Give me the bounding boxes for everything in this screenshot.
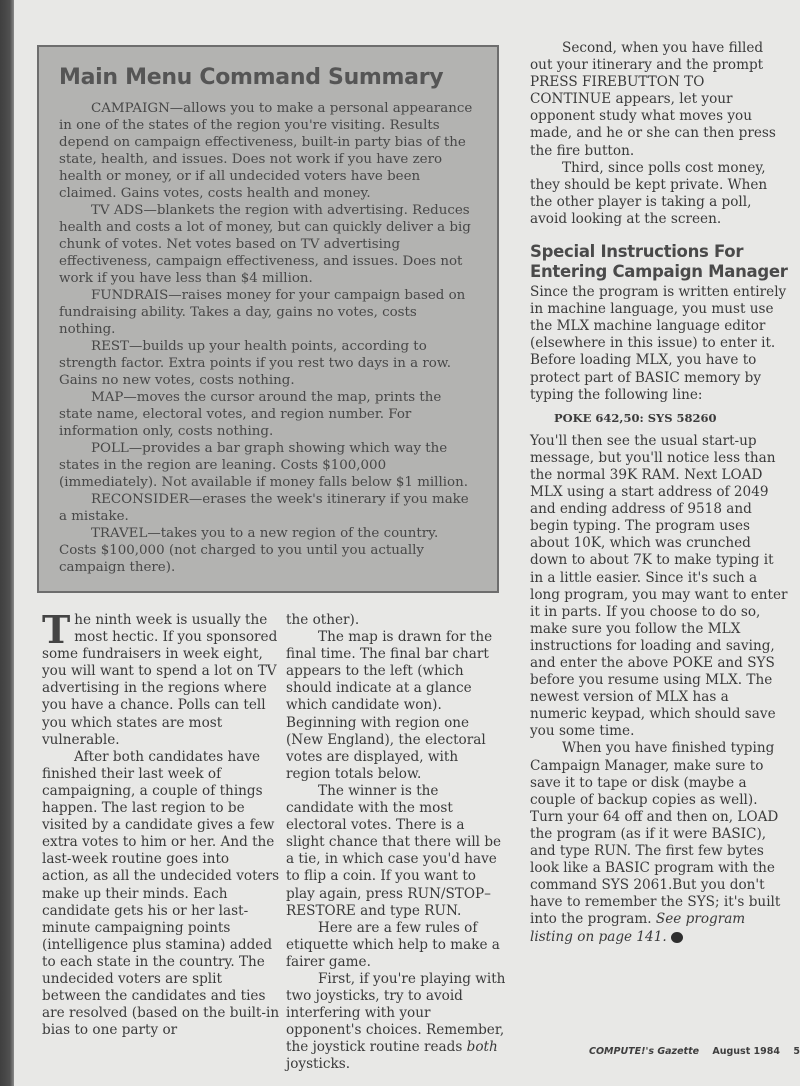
sidebar-title: Main Menu Command Summary (59, 65, 477, 90)
sidebar-entry-reconsider: RECONSIDER—erases the week's itinerary i… (59, 491, 477, 525)
article-paragraph: The ninth week is usually the most hecti… (42, 612, 280, 749)
article-paragraph: The map is drawn for the final time. The… (286, 629, 506, 783)
emphasis-text: both (467, 1039, 498, 1055)
article-paragraph-continuation: the other). (286, 612, 506, 629)
drop-cap: T (42, 615, 70, 645)
article-paragraph: Second, when you have filled out your it… (530, 40, 788, 160)
command-summary-sidebar: Main Menu Command Summary CAMPAIGN—allow… (37, 45, 499, 593)
article-paragraph: After both candidates have finished thei… (42, 749, 280, 1040)
sidebar-entry-fundrais: FUNDRAIS—raises money for your campaign … (59, 287, 477, 338)
sidebar-entry-rest: REST—builds up your health points, accor… (59, 338, 477, 389)
article-column-left: The ninth week is usually the most hecti… (42, 612, 280, 1039)
paragraph-text: joysticks. (286, 1056, 350, 1072)
paragraph-text: When you have finished typing Campaign M… (530, 740, 780, 927)
page-footer: COMPUTE!'s Gazette August 1984 55 (589, 1046, 800, 1057)
article-paragraph: The winner is the candidate with the mos… (286, 783, 506, 920)
publication-name: COMPUTE!'s Gazette (589, 1046, 699, 1057)
sidebar-entry-campaign: CAMPAIGN—allows you to make a personal a… (59, 100, 477, 202)
article-paragraph-joystick: First, if you're playing with two joysti… (286, 971, 506, 1074)
section-heading: Special Instructions For Entering Campai… (530, 242, 788, 282)
sidebar-entry-map: MAP—moves the cursor around the map, pri… (59, 389, 477, 440)
page-number: 55 (793, 1046, 800, 1057)
article-paragraph: When you have finished typing Campaign M… (530, 740, 788, 945)
article-column-right: Second, when you have filled out your it… (530, 40, 788, 946)
article-column-middle: the other). The map is drawn for the fin… (286, 612, 506, 1074)
end-of-article-icon (671, 932, 683, 943)
article-paragraph: You'll then see the usual start-up messa… (530, 433, 788, 741)
issue-date: August 1984 (712, 1046, 780, 1057)
article-paragraph: Here are a few rules of etiquette which … (286, 920, 506, 971)
page-binding-shadow (0, 0, 14, 1086)
article-paragraph: Since the program is written entirely in… (530, 284, 788, 404)
sidebar-entry-poll: POLL—provides a bar graph showing which … (59, 440, 477, 491)
sidebar-entry-tv-ads: TV ADS—blankets the region with advertis… (59, 202, 477, 287)
code-snippet: POKE 642,50: SYS 58260 (554, 410, 788, 427)
paragraph-text: he ninth week is usually the most hectic… (42, 612, 277, 748)
sidebar-entry-travel: TRAVEL—takes you to a new region of the … (59, 525, 477, 576)
article-paragraph: Third, since polls cost money, they shou… (530, 160, 788, 228)
